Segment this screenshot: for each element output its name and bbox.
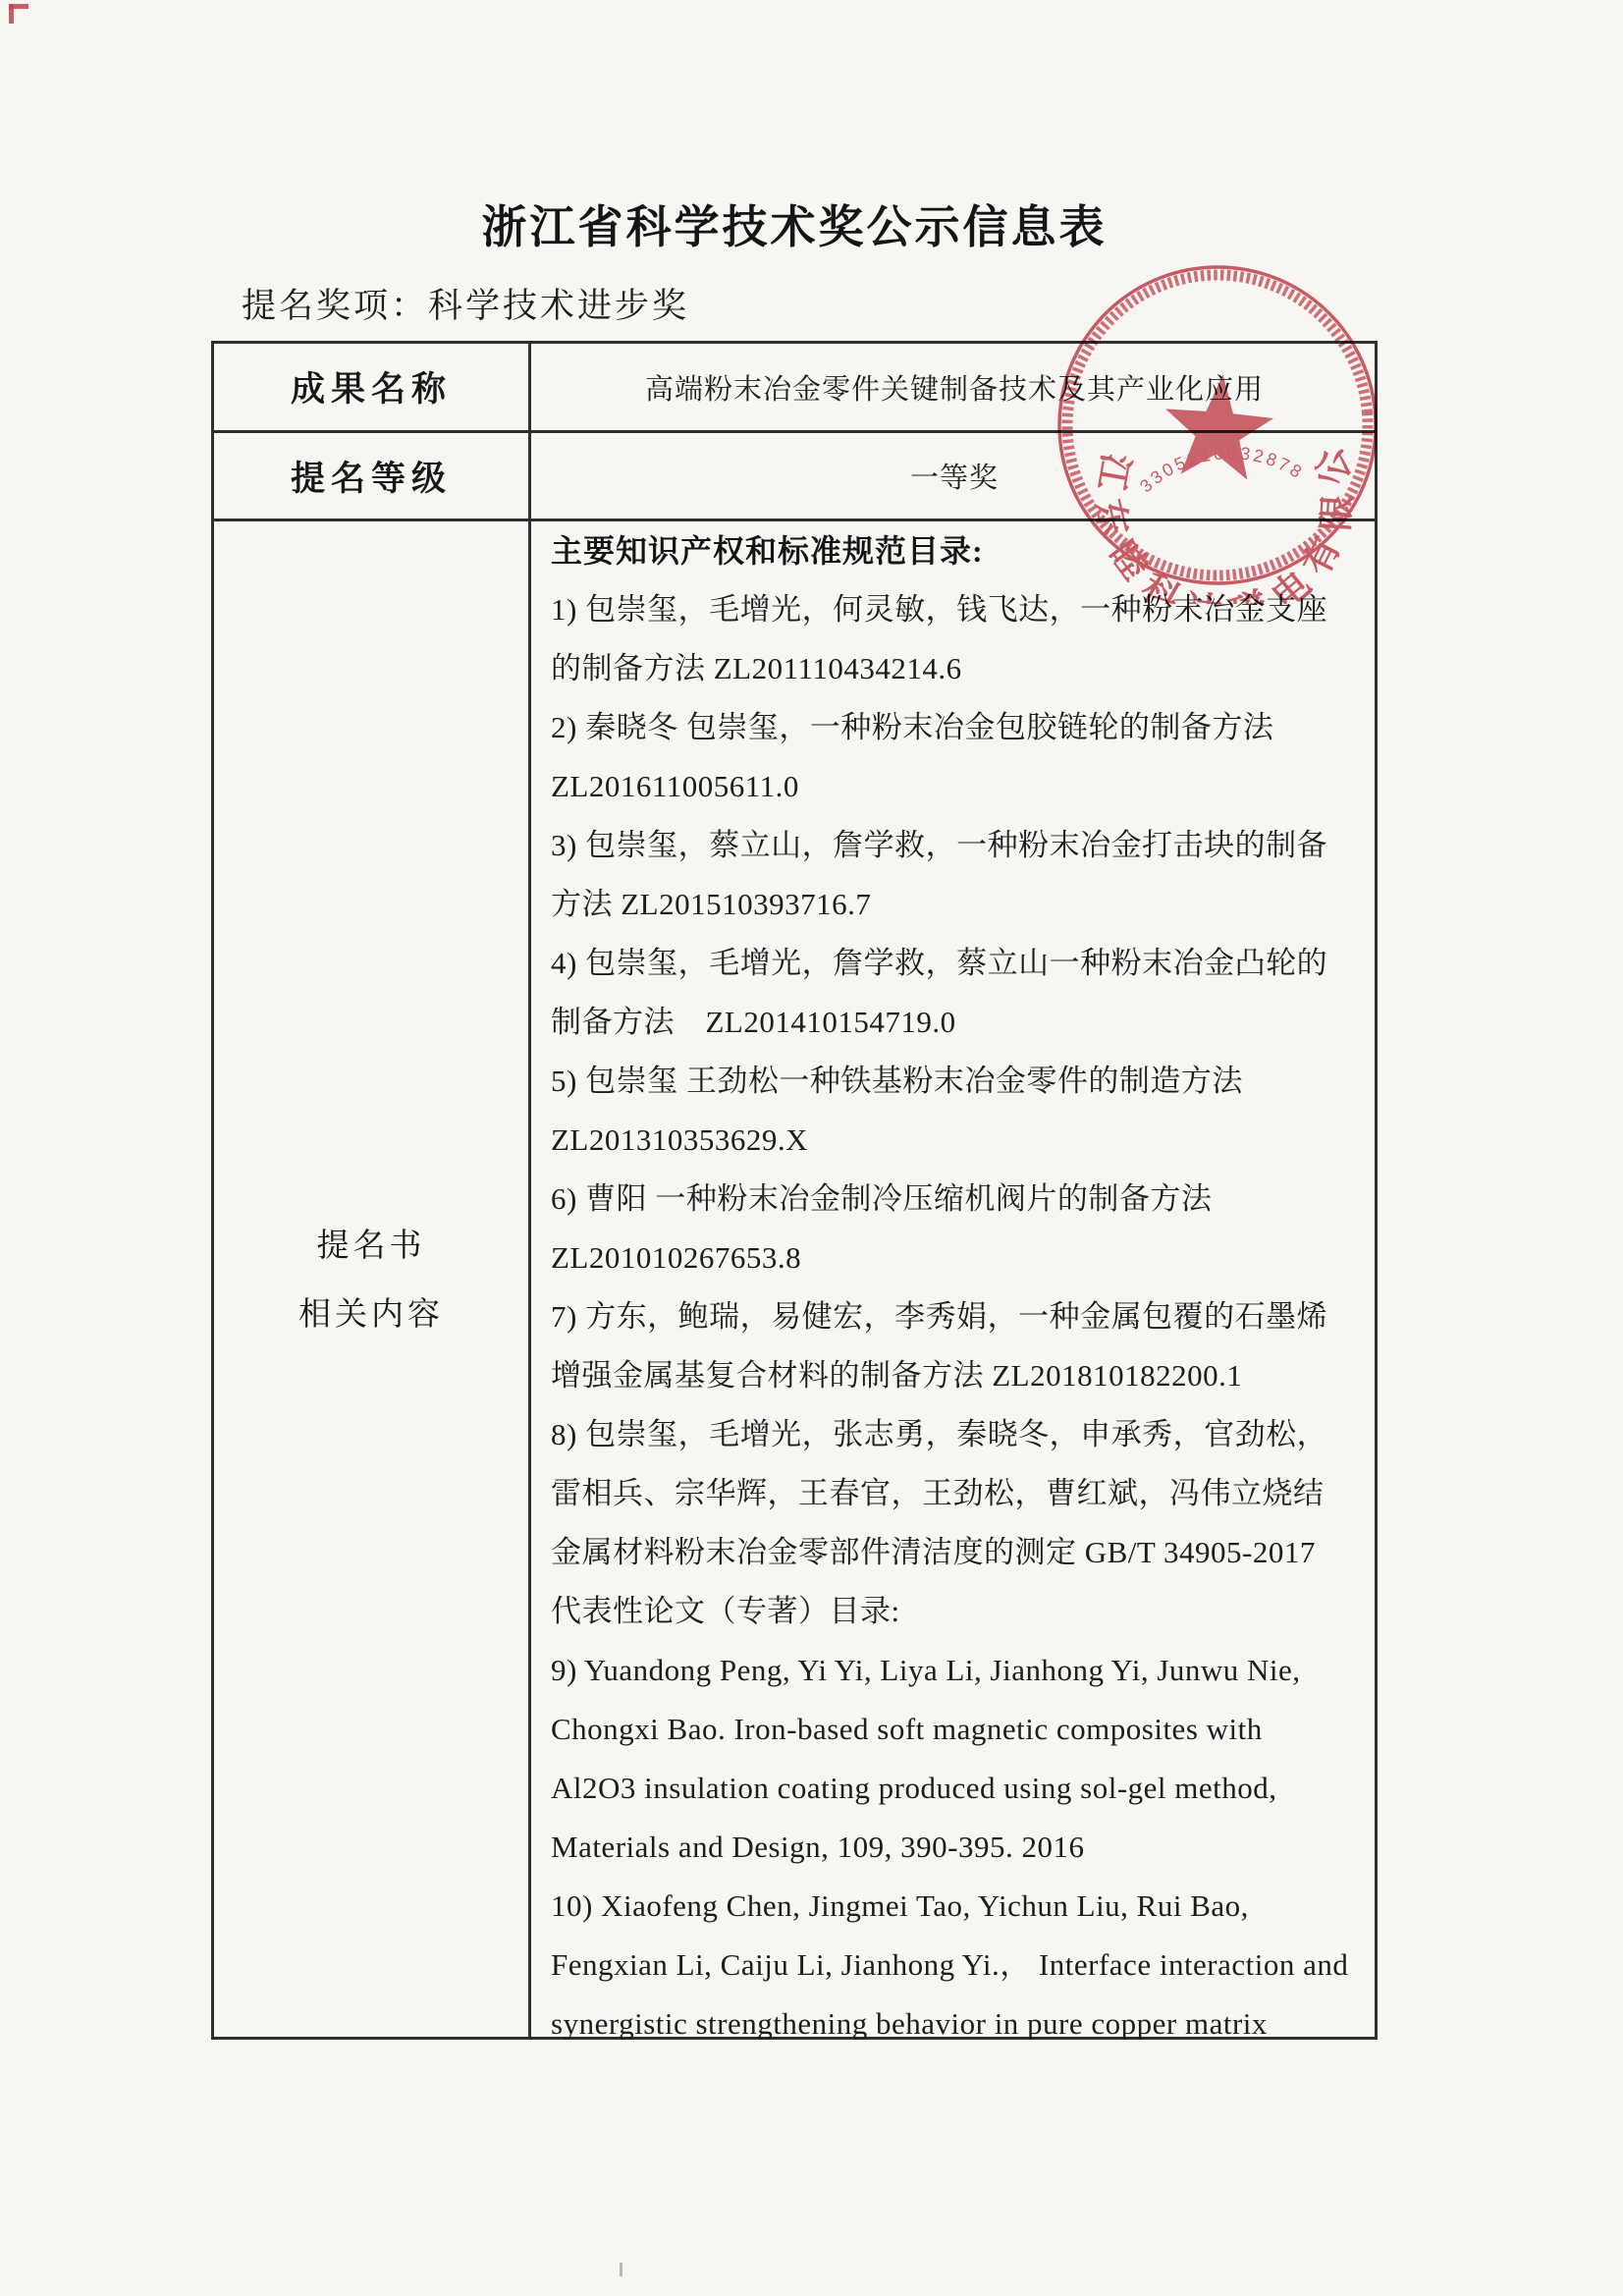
detail-line: 的制备方法 ZL201110434214.6 [551,639,1372,698]
detail-line: 7) 方东，鲍瑞，易健宏，李秀娟，一种金属包覆的石墨烯 [551,1287,1372,1346]
nomination-book-label-line2: 相关内容 [298,1281,444,1349]
scan-artifact-bottom-tick [620,2263,622,2276]
detail-line: synergistic strengthening behavior in pu… [551,1995,1372,2040]
detail-line: 2) 秦晓冬 包崇玺，一种粉末冶金包胶链轮的制备方法 [551,698,1372,757]
detail-line: ZL201310353629.X [551,1111,1372,1170]
detail-line: 制备方法 ZL201410154719.0 [551,993,1372,1052]
detail-line: 6) 曹阳 一种粉末冶金制冷压缩机阀片的制备方法 [551,1170,1372,1229]
result-name-label: 成果名称 [214,344,528,430]
detail-line: 9) Yuandong Peng, Yi Yi, Liya Li, Jianho… [551,1641,1372,1700]
detail-line: 10) Xiaofeng Chen, Jingmei Tao, Yichun L… [551,1877,1372,1936]
detail-line: ZL201010267653.8 [551,1229,1372,1287]
detail-line: 金属材料粉末冶金零部件清洁度的测定 GB/T 34905-2017 [551,1523,1372,1582]
detail-line: 5) 包崇玺 王劲松一种铁基粉末冶金零件的制造方法 [551,1052,1372,1111]
detail-line: 8) 包崇玺，毛增光，张志勇，秦晓冬，申承秀，官劲松， [551,1405,1372,1464]
nomination-book-label-line1: 提名书 [317,1212,426,1281]
detail-line: Chongxi Bao. Iron-based soft magnetic co… [551,1700,1372,1759]
detail-line: 增强金属基复合材料的制备方法 ZL201810182200.1 [551,1346,1372,1405]
nomination-grade-value: 一等奖 [531,433,1378,519]
detail-line: 4) 包崇玺，毛增光，詹学救，蔡立山一种粉末冶金凸轮的 [551,934,1372,993]
detail-content-lines: 主要知识产权和标准规范目录:1) 包崇玺，毛增光，何灵敏，钱飞达，一种粉末冶金支… [531,521,1378,2040]
detail-line: 1) 包崇玺，毛增光，何灵敏，钱飞达，一种粉末冶金支座 [551,580,1372,639]
detail-line: 3) 包崇玺，蔡立山，詹学救，一种粉末冶金打击块的制备 [551,816,1372,875]
nomination-grade-label: 提名等级 [214,433,528,519]
detail-line: Al2O3 insulation coating produced using … [551,1759,1372,1818]
detail-line: Materials and Design, 109, 390-395. 2016 [551,1818,1372,1877]
nomination-book-label: 提名书 相关内容 [214,521,528,2040]
page-title: 浙江省科学技术奖公示信息表 [211,200,1378,253]
scanned-document-page: { "page": { "title": "浙江省科学技术奖公示信息表", "a… [0,0,1623,2296]
detail-line: 雷相兵、宗华辉，王春官，王劲松，曹红斌，冯伟立烧结 [551,1464,1372,1523]
detail-line: 代表性论文（专著）目录: [551,1582,1372,1641]
detail-line: ZL201611005611.0 [551,757,1372,816]
detail-line: 主要知识产权和标准规范目录: [551,521,1372,580]
detail-line: 方法 ZL201510393716.7 [551,875,1372,934]
detail-line: Fengxian Li, Caiju Li, Jianhong Yi.， Int… [551,1936,1372,1995]
award-category-line: 提名奖项：科学技术进步奖 [242,288,689,325]
scan-artifact-corner-mark [9,4,28,9]
info-table: 成果名称 高端粉末冶金零件关键制备技术及其产业化应用 提名等级 一等奖 提名书 … [211,341,1378,2040]
result-name-value: 高端粉末冶金零件关键制备技术及其产业化应用 [531,344,1378,430]
